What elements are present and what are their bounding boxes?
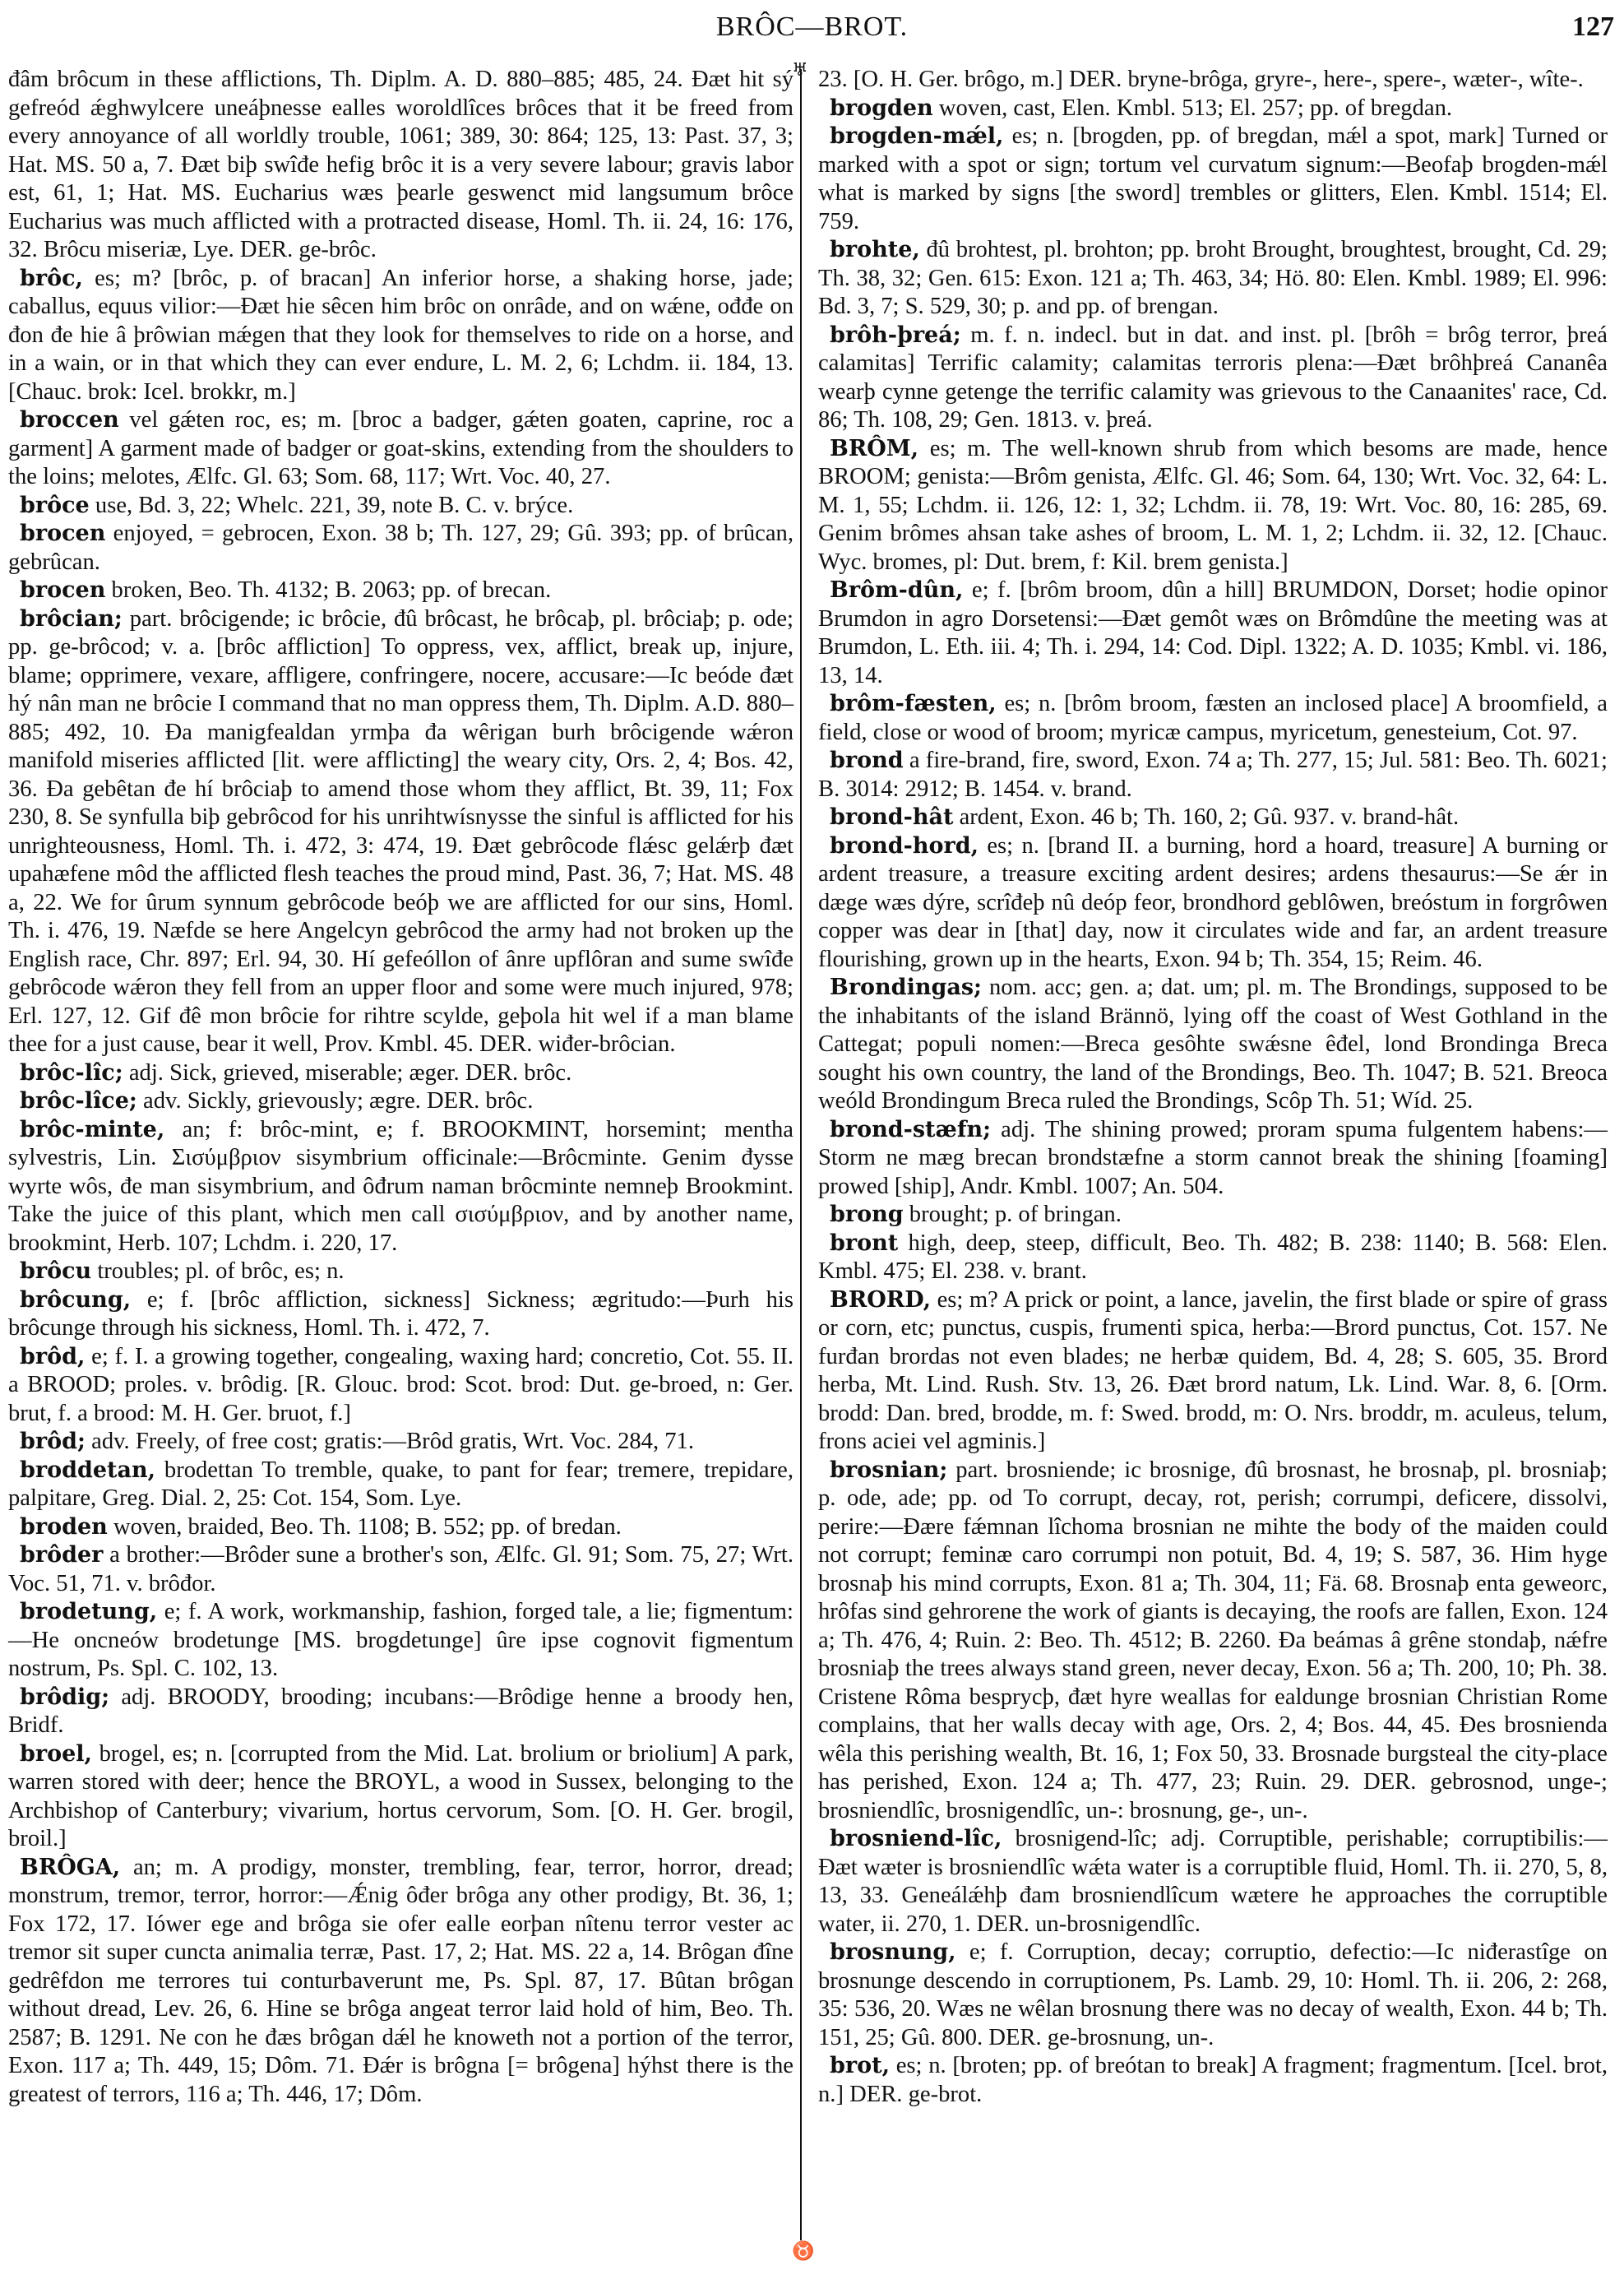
- dictionary-entry: brosnian; part. brosniende; ic brosnige,…: [818, 1457, 1608, 1826]
- entry-body: 23. [O. H. Ger. brôgo, m.] DER. bryne-br…: [818, 67, 1584, 92]
- dictionary-entry: brôc, es; m? [brôc, p. of bracan] An inf…: [8, 265, 793, 407]
- headword: broel,: [20, 1741, 92, 1767]
- entry-body: es; m? A prick or point, a lance, javeli…: [818, 1287, 1608, 1455]
- dictionary-entry: brong brought; p. of bringan.: [818, 1201, 1608, 1230]
- entry-body: enjoyed, = gebrocen, Exon. 38 b; Th. 127…: [8, 521, 793, 575]
- entry-body: es; m? [brôc, p. of bracan] An inferior …: [8, 266, 793, 405]
- headword: brodetung,: [20, 1599, 157, 1624]
- dictionary-entry: brôcian; part. brôcigende; ic brôcie, đû…: [8, 605, 793, 1059]
- headword: brogden: [830, 95, 933, 121]
- headword: broccen: [20, 407, 119, 433]
- entry-body: adj. Sick, grieved, miserable; æger. DER…: [129, 1060, 571, 1086]
- entry-body: e; f. I. a growing together, congealing,…: [8, 1344, 793, 1426]
- dictionary-entry: brôdig; adj. BROODY, brooding; incubans:…: [8, 1684, 793, 1740]
- dictionary-entry: brôc-lîce; adv. Sickly, grievously; ægre…: [8, 1087, 793, 1116]
- headword: BRÔM,: [830, 436, 918, 461]
- entry-body: es; n. [broten; pp. of breótan to break]…: [818, 2053, 1608, 2107]
- dictionary-entry: bront high, deep, steep, difficult, Beo.…: [818, 1230, 1608, 1286]
- left-column: đâm brôcum in these afflictions, Th. Dip…: [8, 66, 793, 2109]
- headword: brosniend-lîc,: [830, 1826, 1002, 1851]
- headword: brôcu: [20, 1258, 91, 1284]
- dictionary-entry: brond-hord, es; n. [brand II. a burning,…: [818, 832, 1608, 975]
- dictionary-entry: brôm-fæsten, es; n. [brôm broom, fæsten …: [818, 690, 1608, 747]
- right-column: 23. [O. H. Ger. brôgo, m.] DER. bryne-br…: [818, 66, 1608, 2109]
- entry-body: adj. BROODY, brooding; incubans:—Brôdige…: [8, 1684, 793, 1739]
- dictionary-entry: brôh-þreá; m. f. n. indecl. but in dat. …: [818, 322, 1608, 435]
- dictionary-entry: brôce use, Bd. 3, 22; Whelc. 221, 39, no…: [8, 492, 793, 521]
- dictionary-entry: brohte, đû brohtest, pl. brohton; pp. br…: [818, 236, 1608, 322]
- dictionary-entry: brocen enjoyed, = gebrocen, Exon. 38 b; …: [8, 520, 793, 577]
- dictionary-entry: brogden woven, cast, Elen. Kmbl. 513; El…: [818, 95, 1608, 123]
- headword: brôce: [20, 493, 90, 518]
- entry-body: high, deep, steep, difficult, Beo. Th. 4…: [818, 1230, 1608, 1285]
- dictionary-entry: brôcung, e; f. [brôc affliction, sicknes…: [8, 1286, 793, 1343]
- column-ornament-bottom-icon: ♉: [792, 2242, 814, 2260]
- dictionary-entry: BRORD, es; m? A prick or point, a lance,…: [818, 1286, 1608, 1457]
- headword: brosnung,: [830, 1939, 955, 1965]
- column-divider: [800, 69, 802, 2240]
- headword: brôc-lîce;: [20, 1088, 137, 1114]
- headword: broddetan,: [20, 1457, 155, 1483]
- entry-body: use, Bd. 3, 22; Whelc. 221, 39, note B. …: [95, 493, 573, 518]
- entry-body: woven, braided, Beo. Th. 1108; B. 552; p…: [113, 1514, 622, 1540]
- headword: Brôm-dûn,: [830, 577, 963, 603]
- headword: brond-hât: [830, 804, 953, 830]
- headword: bront: [830, 1230, 898, 1256]
- dictionary-entry: brond-hât ardent, Exon. 46 b; Th. 160, 2…: [818, 804, 1608, 832]
- headword: brôc-lîc;: [20, 1060, 123, 1086]
- headword: brôd,: [20, 1344, 85, 1369]
- page-number: 127: [1572, 12, 1614, 43]
- headword: brôc-minte,: [20, 1117, 164, 1142]
- dictionary-entry: broccen vel gǽten roc, es; m. [broc a ba…: [8, 406, 793, 492]
- entry-body: a brother:—Brôder sune a brother's son, …: [8, 1542, 793, 1596]
- dictionary-entry: brond-stæfn; adj. The shining prowed; pr…: [818, 1116, 1608, 1202]
- entry-body: woven, cast, Elen. Kmbl. 513; El. 257; p…: [939, 95, 1452, 121]
- entry-body: part. brosniende; ic brosnige, đû brosna…: [818, 1457, 1608, 1823]
- entry-body: brogel, es; n. [corrupted from the Mid. …: [8, 1741, 793, 1852]
- headword: broden: [20, 1514, 108, 1540]
- dictionary-entry: brôd; adv. Freely, of free cost; gratis:…: [8, 1428, 793, 1457]
- headword: Brondingas;: [830, 975, 982, 1000]
- dictionary-entry: BRÔM, es; m. The well-known shrub from w…: [818, 435, 1608, 577]
- dictionary-entry: brodetung, e; f. A work, workmanship, fa…: [8, 1598, 793, 1684]
- entry-body: es; m. The well-known shrub from which b…: [818, 436, 1608, 575]
- headword: BRORD,: [830, 1287, 931, 1313]
- headword: brosnian;: [830, 1457, 947, 1483]
- headword: brond-stæfn;: [830, 1117, 991, 1142]
- dictionary-entry: brocen broken, Beo. Th. 4132; B. 2063; p…: [8, 577, 793, 605]
- entry-body: broken, Beo. Th. 4132; B. 2063; pp. of b…: [112, 577, 552, 603]
- entry-body: part. brôcigende; ic brôcie, đû brôcast,…: [8, 606, 793, 1058]
- headword: brôder: [20, 1542, 103, 1568]
- entry-body: adv. Sickly, grievously; ægre. DER. brôc…: [143, 1088, 533, 1114]
- headword: brôh-þreá;: [830, 322, 961, 348]
- dictionary-entry: brôder a brother:—Brôder sune a brother'…: [8, 1541, 793, 1598]
- dictionary-entry: 23. [O. H. Ger. brôgo, m.] DER. bryne-br…: [818, 66, 1608, 95]
- dictionary-entry: Brôm-dûn, e; f. [brôm broom, dûn a hill]…: [818, 577, 1608, 690]
- dictionary-entry: broden woven, braided, Beo. Th. 1108; B.…: [8, 1513, 793, 1542]
- dictionary-entry: brogden-mǽl, es; n. [brogden, pp. of bre…: [818, 123, 1608, 236]
- entry-body: an; m. A prodigy, monster, trembling, fe…: [8, 1855, 793, 2107]
- headword: brocen: [20, 521, 105, 546]
- dictionary-entry: brôd, e; f. I. a growing together, conge…: [8, 1343, 793, 1429]
- entry-body: vel gǽten roc, es; m. [broc a badger, gǽ…: [8, 407, 793, 489]
- headword: brôd;: [20, 1429, 86, 1454]
- headword: brong: [830, 1202, 904, 1227]
- headword: brogden-mǽl,: [830, 123, 1003, 149]
- entry-body: a fire-brand, fire, sword, Exon. 74 a; T…: [818, 748, 1608, 802]
- headword: brôdig;: [20, 1684, 109, 1710]
- entry-body: brought; p. of bringan.: [909, 1202, 1122, 1227]
- dictionary-entry: brosniend-lîc, brosnigend-lîc; adj. Corr…: [818, 1825, 1608, 1939]
- headword: brot,: [830, 2053, 890, 2078]
- entry-body: ardent, Exon. 46 b; Th. 160, 2; Gû. 937.…: [960, 804, 1460, 830]
- headword: brocen: [20, 577, 105, 603]
- dictionary-entry: brôcu troubles; pl. of brôc, es; n.: [8, 1258, 793, 1286]
- headword: brond: [830, 748, 904, 773]
- dictionary-entry: broddetan, brodettan To tremble, quake, …: [8, 1457, 793, 1513]
- entry-body: đû brohtest, pl. brohton; pp. broht Brou…: [818, 237, 1608, 319]
- dictionary-entry: brosnung, e; f. Corruption, decay; corru…: [818, 1939, 1608, 2052]
- entry-body: troubles; pl. of brôc, es; n.: [97, 1258, 344, 1284]
- dictionary-entry: brôc-minte, an; f: brôc-mint, e; f. BROO…: [8, 1116, 793, 1258]
- page-header: BRÔC—BROT. 127: [0, 0, 1624, 58]
- headword: brond-hord,: [830, 833, 979, 859]
- headword: brôm-fæsten,: [830, 691, 997, 716]
- dictionary-entry: Brondingas; nom. acc; gen. a; dat. um; p…: [818, 974, 1608, 1116]
- headword: brôc,: [20, 266, 83, 291]
- headword: brohte,: [830, 237, 920, 262]
- running-head: BRÔC—BROT.: [0, 12, 1624, 43]
- dictionary-entry: broel, brogel, es; n. [corrupted from th…: [8, 1740, 793, 1854]
- dictionary-entry: BRÔGA, an; m. A prodigy, monster, trembl…: [8, 1854, 793, 2110]
- dictionary-entry: đâm brôcum in these afflictions, Th. Dip…: [8, 66, 793, 265]
- dictionary-entry: brot, es; n. [broten; pp. of breótan to …: [818, 2052, 1608, 2109]
- headword: BRÔGA,: [20, 1855, 120, 1880]
- entry-body: đâm brôcum in these afflictions, Th. Dip…: [8, 67, 793, 262]
- entry-body: adv. Freely, of free cost; gratis:—Brôd …: [91, 1429, 694, 1454]
- dictionary-entry: brôc-lîc; adj. Sick, grieved, miserable;…: [8, 1059, 793, 1088]
- headword: brôcung,: [20, 1287, 131, 1313]
- dictionary-entry: brond a fire-brand, fire, sword, Exon. 7…: [818, 747, 1608, 804]
- headword: brôcian;: [20, 606, 123, 632]
